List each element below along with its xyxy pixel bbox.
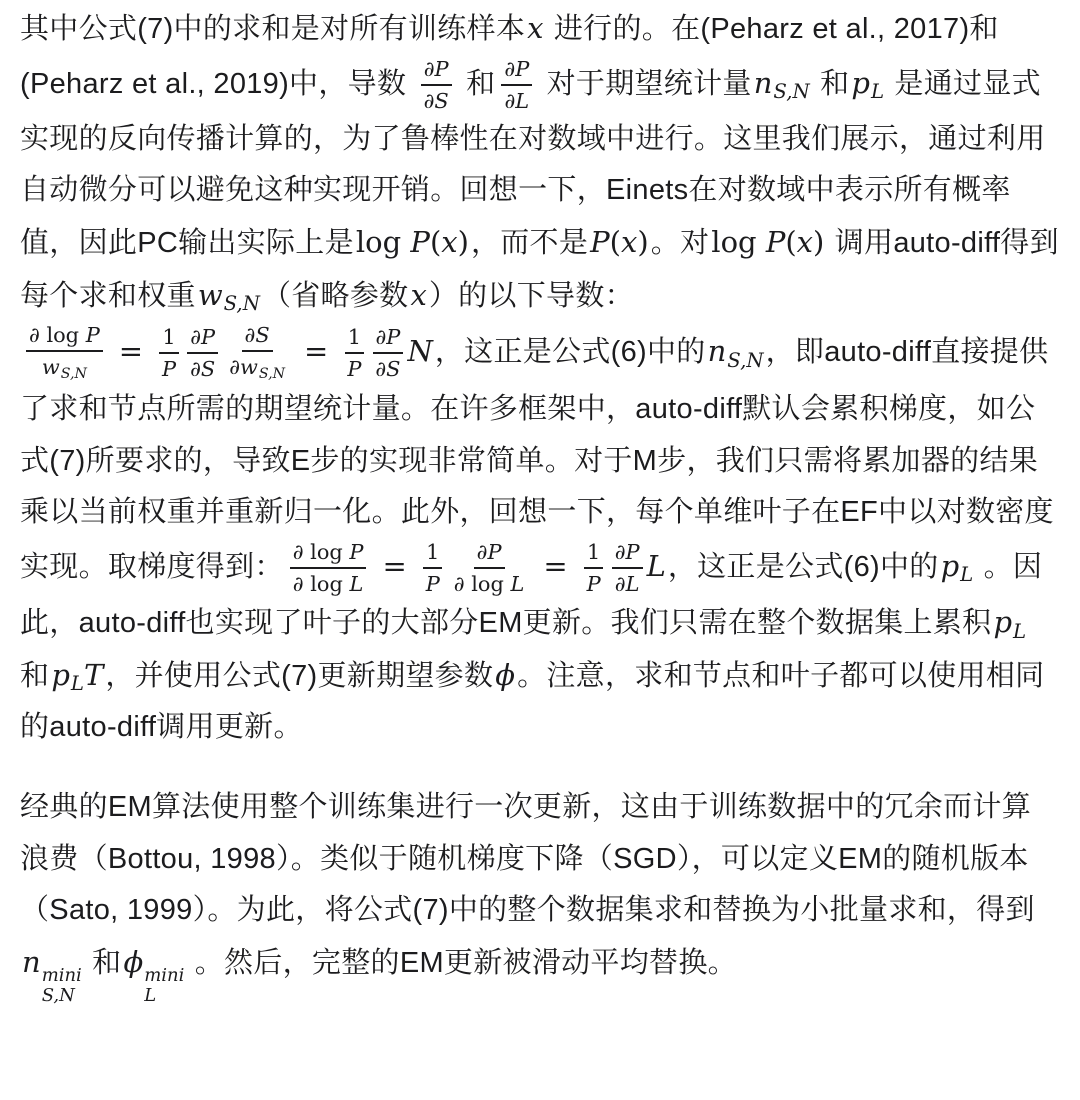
inline-math: P(x) bbox=[590, 225, 649, 259]
script-p-symbol: P bbox=[590, 225, 610, 259]
math-fraction: ∂P∂S bbox=[421, 56, 452, 114]
text-run: ，并使用公式(7)更新期望参数 bbox=[105, 660, 493, 692]
text-run: 和 bbox=[812, 68, 850, 100]
script-p-symbol: P bbox=[162, 357, 176, 381]
math-scripted-group: wS,N bbox=[198, 278, 260, 312]
inline-math: x bbox=[410, 278, 426, 312]
math-fraction: ∂P∂S bbox=[187, 324, 218, 382]
script-p-symbol: P bbox=[386, 325, 400, 349]
script-p-symbol: P bbox=[426, 572, 440, 596]
math-scripted-group: pL bbox=[993, 605, 1026, 639]
inline-math: pL bbox=[851, 66, 884, 100]
inline-math: pL bbox=[993, 605, 1026, 639]
text-run: 。然后，完整的EM更新被滑动平均替换。 bbox=[186, 947, 737, 979]
script-p-symbol: P bbox=[515, 57, 529, 81]
math-scripted-group: nS,N bbox=[708, 334, 764, 368]
script-p-symbol: P bbox=[347, 357, 361, 381]
document-page: { "page": { "background": "#ffffff", "te… bbox=[0, 0, 1080, 1100]
text-run: ，这正是公式(6)中的 bbox=[435, 336, 706, 368]
math-scripted-group: pL bbox=[941, 549, 974, 583]
text-run: （省略参数 bbox=[262, 280, 409, 312]
script-p-symbol: P bbox=[86, 323, 100, 347]
inline-math: ϕminiL bbox=[123, 945, 184, 979]
math-scripted-group: ϕminiL bbox=[123, 945, 184, 979]
math-fraction: 1P bbox=[159, 324, 179, 382]
math-scripted-group: pL bbox=[51, 658, 84, 692]
inline-math: wS,N bbox=[198, 278, 260, 312]
math-scripted-group: nminiS,N bbox=[22, 945, 82, 979]
inline-math: ∂P∂S bbox=[417, 66, 456, 100]
math-fraction: 1P bbox=[344, 324, 364, 382]
script-p-symbol: P bbox=[349, 540, 363, 564]
paragraph-em-autodiff: 其中公式(7)中的求和是对所有训练样本x 进行的。在(Peharz et al.… bbox=[20, 3, 1060, 754]
text-run: 和 bbox=[20, 660, 49, 692]
text-run: 对于期望统计量 bbox=[538, 68, 751, 100]
inline-math: nS,N bbox=[708, 334, 764, 368]
inline-math: ∂ log P∂ log L=1P∂P∂ log L=1P∂P∂LL bbox=[286, 549, 666, 583]
math-fraction: ∂P∂L bbox=[612, 539, 643, 597]
text-content: 其中公式(7)中的求和是对所有训练样本x 进行的。在(Peharz et al.… bbox=[0, 0, 1080, 1007]
math-fraction: ∂ log PwS,N bbox=[26, 322, 103, 384]
inline-math: ϕ bbox=[495, 658, 515, 692]
math-fraction: ∂P∂ log L bbox=[451, 539, 528, 597]
text-run: 其中公式(7)中的求和是对所有训练样本 bbox=[20, 13, 525, 45]
math-scripted-group: wS,N bbox=[240, 355, 285, 379]
math-fraction: 1P bbox=[584, 539, 604, 597]
script-p-symbol: P bbox=[626, 540, 640, 564]
text-run: ，这正是公式(6)中的 bbox=[668, 551, 939, 583]
text-run: ）的以下导数： bbox=[429, 280, 634, 312]
inline-math: log P(x) bbox=[356, 225, 469, 259]
inline-math: ∂P∂L bbox=[497, 66, 536, 100]
math-fraction: ∂P∂L bbox=[501, 56, 532, 114]
text-run: 和 bbox=[458, 68, 496, 100]
script-p-symbol: P bbox=[766, 225, 786, 259]
text-run: 经典的EM算法使用整个训练集进行一次更新，这由于训练数据中的冗余而计算浪费（Bo… bbox=[20, 791, 1035, 926]
document-body: 其中公式(7)中的求和是对所有训练样本x 进行的。在(Peharz et al.… bbox=[0, 0, 1080, 1007]
script-p-symbol: P bbox=[410, 225, 430, 259]
script-p-symbol: P bbox=[487, 540, 501, 564]
script-p-symbol: P bbox=[201, 325, 215, 349]
inline-math: nS,N bbox=[754, 66, 810, 100]
inline-math: ∂ log PwS,N=1P∂P∂S∂S∂wS,N=1P∂P∂SN bbox=[22, 334, 433, 368]
script-p-symbol: P bbox=[435, 57, 449, 81]
math-scripted-group: nS,N bbox=[754, 66, 810, 100]
script-p-symbol: P bbox=[587, 572, 601, 596]
math-fraction: ∂ log P∂ log L bbox=[290, 539, 367, 597]
math-fraction: ∂P∂S bbox=[372, 324, 403, 382]
inline-math: pL bbox=[941, 549, 974, 583]
text-run: 。对 bbox=[651, 227, 710, 259]
inline-math: nminiS,N bbox=[22, 945, 82, 979]
inline-math: x bbox=[527, 11, 543, 45]
math-fraction: ∂S∂wS,N bbox=[226, 322, 288, 384]
paragraph-stochastic-em: 经典的EM算法使用整个训练集进行一次更新，这由于训练数据中的冗余而计算浪费（Bo… bbox=[20, 782, 1060, 1007]
inline-math: log P(x) bbox=[711, 225, 824, 259]
math-fraction: 1P bbox=[423, 539, 443, 597]
text-run: ，而不是 bbox=[471, 227, 588, 259]
text-run: 和 bbox=[84, 947, 122, 979]
math-scripted-group: pL bbox=[851, 66, 884, 100]
math-scripted-group: wS,N bbox=[42, 355, 87, 379]
inline-math: pLT bbox=[51, 658, 103, 692]
